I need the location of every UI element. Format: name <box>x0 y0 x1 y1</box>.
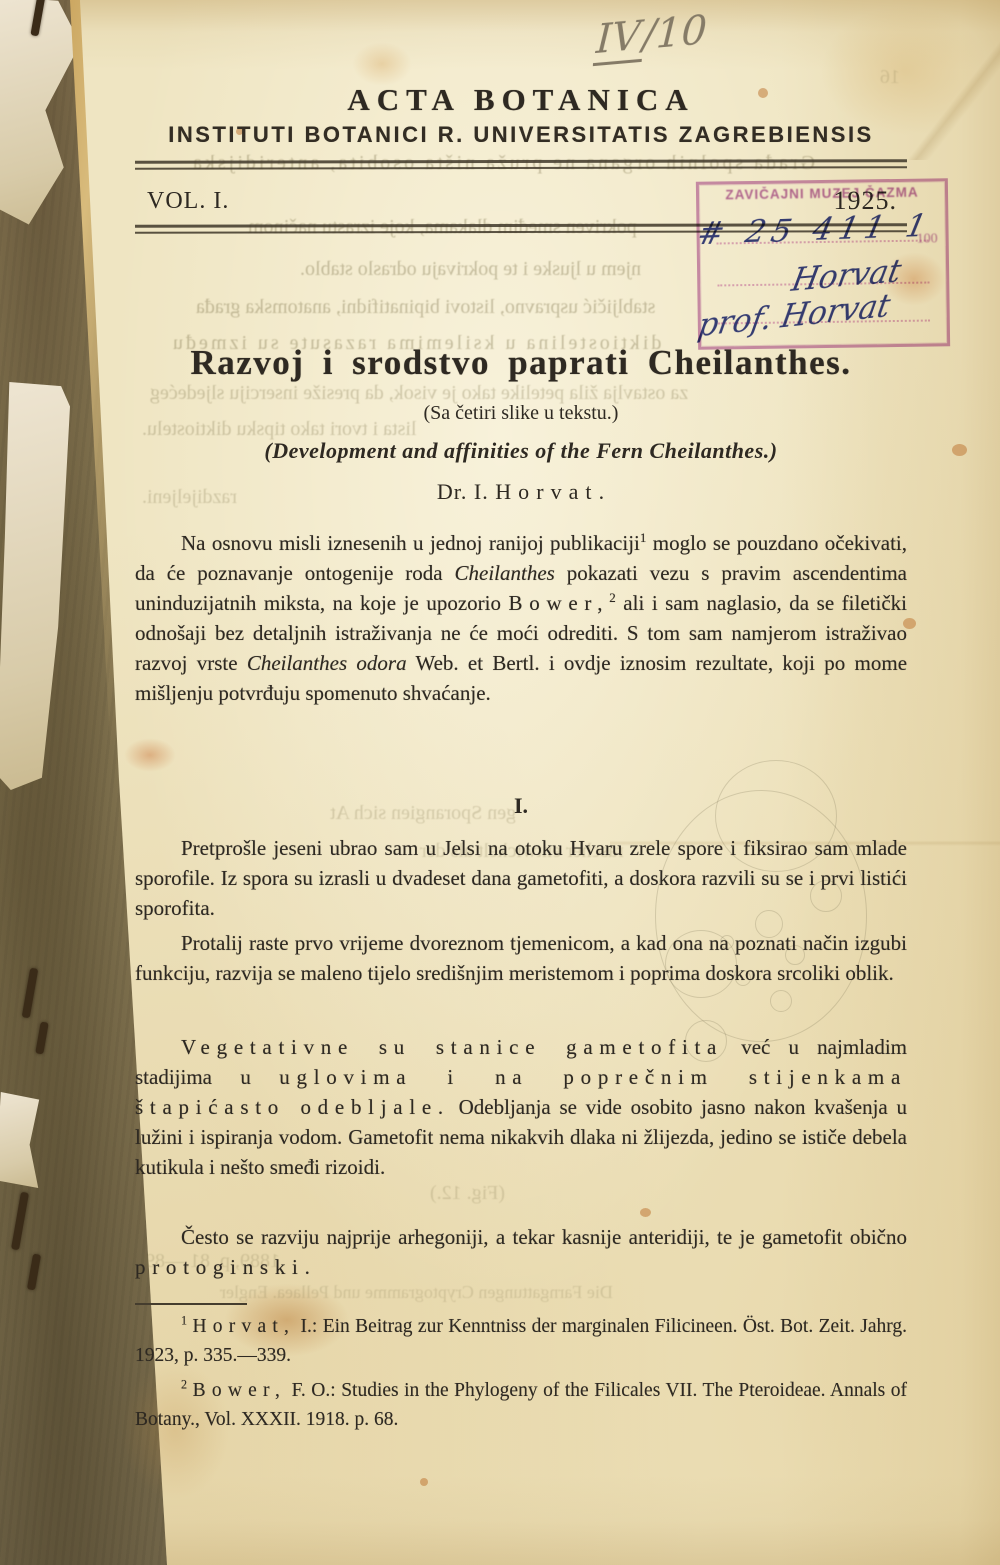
footnote: 1 Horvat, I.: Ein Beitrag zur Kenntniss … <box>135 1312 907 1370</box>
footnotes: 1 Horvat, I.: Ein Beitrag zur Kenntniss … <box>135 1312 907 1440</box>
double-rule-top <box>135 159 907 170</box>
author-byline: Dr. I. Horvat. <box>135 479 907 505</box>
stamp-title: ZAVIČAJNI MUZEJ ČAZMA <box>699 184 945 202</box>
section-heading: I. <box>135 793 907 819</box>
paragraph: Vegetativne su stanice gametofita već u … <box>135 1032 907 1182</box>
footnote-rule <box>135 1303 247 1305</box>
footnote: 2 Bower, F. O.: Studies in the Phylogeny… <box>135 1376 907 1434</box>
paragraph: Pretprošle jeseni ubrao sam u Jelsi na o… <box>135 833 907 923</box>
article-subtitle-english: (Development and affinities of the Fern … <box>135 438 907 464</box>
article-subtitle: (Sa četiri slike u tekstu.) <box>135 402 907 425</box>
paragraph: Često se razviju najprije arhegoniji, a … <box>135 1222 907 1282</box>
paragraph: Na osnovu misli iznesenih u jednoj ranij… <box>135 528 907 708</box>
journal-title: ACTA BOTANICA <box>135 82 907 118</box>
scanned-journal-page: { "colors": { "paper": "#efe5c2", "bindi… <box>0 0 1000 1565</box>
institute-line: INSTITUTI BOTANICI R. UNIVERSITATIS ZAGR… <box>135 122 907 148</box>
article-title: Razvoj i srodstvo paprati Cheilanthes. <box>135 343 907 383</box>
foxing-dot <box>952 444 967 456</box>
paragraph: Protalij raste prvo vrijeme dvoreznom tj… <box>135 928 907 988</box>
volume-label: VOL. I. <box>147 188 229 215</box>
